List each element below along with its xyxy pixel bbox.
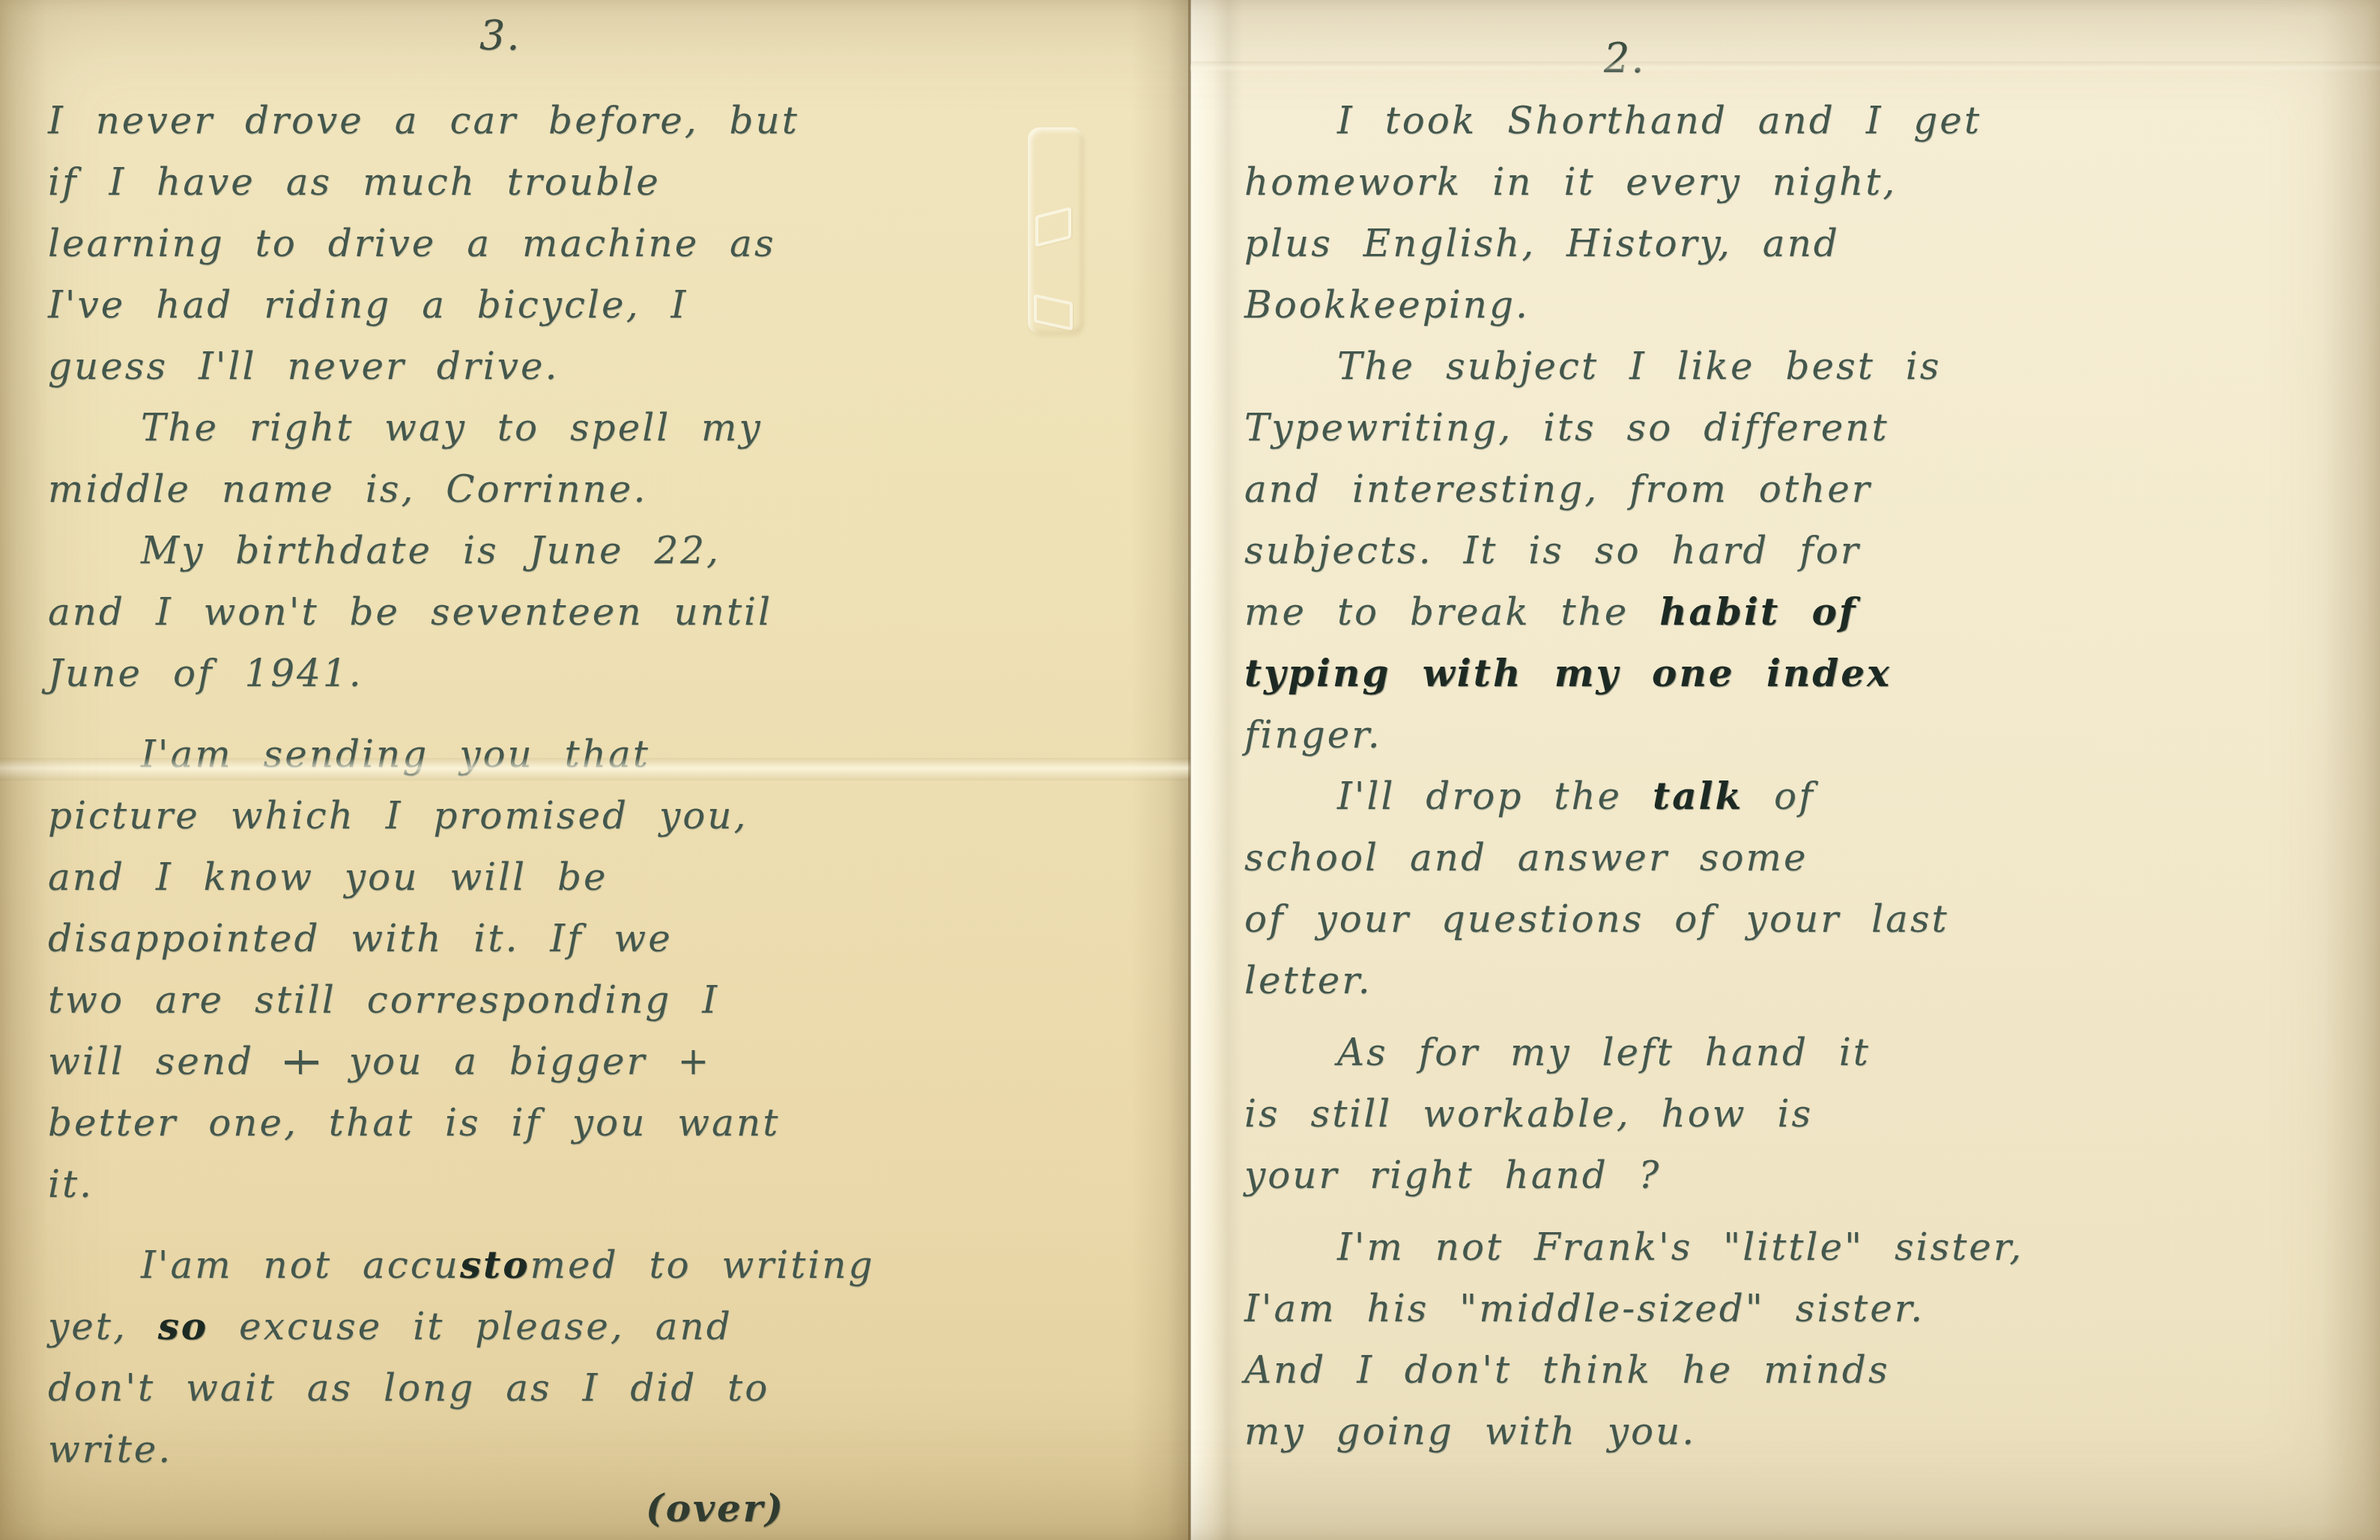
letter-line: school and answer some: [1244, 827, 2358, 888]
letter-text-segment: middle name is, Corrinne.: [48, 467, 647, 511]
letter-line: learning to drive a machine as: [48, 213, 1168, 274]
letter-text-segment: guess I'll never drive.: [48, 345, 559, 388]
letter-line: I took Shorthand and I get: [1244, 90, 2358, 151]
letter-text-segment: write.: [48, 1428, 172, 1471]
letter-text-segment: I'am his "middle-sized" sister.: [1244, 1287, 1925, 1330]
letter-text-segment: and interesting, from other: [1244, 467, 1872, 511]
letter-line: disappointed with it. If we: [48, 908, 1168, 969]
letter-text-segment: June of 1941.: [48, 652, 363, 695]
letter-text-segment: you a bigger +: [318, 1040, 711, 1083]
letter-line: homework in it every night,: [1244, 151, 2358, 213]
letter-line: two are still corresponding I: [48, 969, 1168, 1031]
letter-text-segment: your right hand ?: [1244, 1154, 1661, 1197]
letter-text-segment: of your questions of your last: [1244, 897, 1949, 941]
letter-text-segment: I'am not accu: [141, 1243, 460, 1287]
letter-text-segment: Bookkeeping.: [1244, 283, 1530, 327]
letter-line: My birthdate is June 22,: [48, 520, 1168, 581]
right-page-text: I took Shorthand and I gethomework in it…: [1190, 0, 2380, 1462]
letter-text-segment: My birthdate is June 22,: [141, 529, 721, 572]
letter-line: yet, so excuse it please, and: [48, 1296, 1168, 1357]
letter-line: As for my left hand it: [1244, 1022, 2358, 1083]
letter-text-segment: if I have as much trouble: [48, 160, 661, 204]
horizontal-crease-left: [0, 758, 1190, 780]
letter-text-segment: me to break the: [1244, 590, 1659, 634]
letter-line: The subject I like best is: [1244, 336, 2358, 397]
letter-line: my going with you.: [1244, 1401, 2358, 1462]
letter-text-segment: of: [1743, 774, 1815, 818]
letter-line: Typewriting, its so different: [1244, 397, 2358, 458]
letter-line: letter.: [1244, 950, 2358, 1011]
letter-line: The right way to spell my: [48, 397, 1168, 458]
letter-line: and I know you will be: [48, 846, 1168, 908]
letter-text-segment: homework in it every night,: [1244, 160, 1897, 204]
letter-text-segment: it.: [48, 1162, 94, 1206]
letter-line: it.: [48, 1154, 1168, 1215]
letter-line: I'll drop the talk of: [1244, 766, 2358, 827]
letter-line: plus English, History, and: [1244, 213, 2358, 274]
letter-line: typing with my one index: [1244, 643, 2358, 704]
letter-text-segment: learning to drive a machine as: [48, 222, 776, 265]
letter-text-segment: letter.: [1244, 959, 1372, 1002]
letter-line: finger.: [1244, 704, 2358, 766]
letter-line: subjects. It is so hard for: [1244, 520, 2358, 581]
letter-line: picture which I promised you,: [48, 785, 1168, 846]
letter-line: Bookkeeping.: [1244, 274, 2358, 336]
letter-line: I'am not accustomed to writing: [48, 1234, 1168, 1296]
letter-text-segment: my going with you.: [1244, 1410, 1696, 1453]
letter-line: guess I'll never drive.: [48, 336, 1168, 397]
letter-line: write.: [48, 1419, 1168, 1480]
letter-text-segment: will send: [48, 1040, 285, 1083]
letter-page-right: 2. I took Shorthand and I gethomework in…: [1190, 0, 2380, 1540]
letter-text-segment: finger.: [1244, 713, 1382, 757]
letter-line: will send + you a bigger +: [48, 1031, 1168, 1092]
letter-text-segment: picture which I promised you,: [48, 794, 748, 837]
letter-text-segment: I took Shorthand and I get: [1337, 99, 1981, 142]
letter-text-segment: so: [158, 1304, 209, 1348]
letter-line: better one, that is if you want: [48, 1092, 1168, 1154]
letter-line: of your questions of your last: [1244, 888, 2358, 950]
center-fold-crease: [1188, 0, 1191, 1540]
letter-line: your right hand ?: [1244, 1145, 2358, 1206]
letter-text-segment: Typewriting, its so different: [1244, 406, 1889, 449]
letter-line: is still workable, how is: [1244, 1083, 2358, 1145]
letter-line: middle name is, Corrinne.: [48, 458, 1168, 520]
letter-text-segment: med to writing: [530, 1243, 875, 1287]
letter-text-segment: excuse it please, and: [208, 1305, 732, 1348]
letter-line: I never drove a car before, but: [48, 90, 1168, 151]
letter-line: I'm not Frank's "little" sister,: [1244, 1216, 2358, 1278]
letter-text-segment: is still workable, how is: [1244, 1092, 1813, 1136]
letter-line: if I have as much trouble: [48, 151, 1168, 213]
letter-text-segment: I never drove a car before, but: [48, 99, 799, 142]
letter-text-segment: I'm not Frank's "little" sister,: [1337, 1225, 2023, 1269]
letter-line: I'am his "middle-sized" sister.: [1244, 1278, 2358, 1339]
letter-text-segment: As for my left hand it: [1337, 1031, 1871, 1074]
letter-line: and I won't be seventeen until: [48, 581, 1168, 643]
letter-line: June of 1941.: [48, 643, 1168, 704]
letter-line: me to break the habit of: [1244, 581, 2358, 643]
letter-text-segment: sto: [460, 1243, 530, 1287]
letter-text-segment: typing with my one index: [1244, 651, 1892, 695]
letter-text-segment: don't wait as long as I did to: [48, 1366, 769, 1410]
letter-scan: 3. I never drove a car before, butif I h…: [0, 0, 2380, 1540]
letter-line: and interesting, from other: [1244, 458, 2358, 520]
left-page-text: I never drove a car before, butif I have…: [0, 0, 1190, 1480]
letter-text-segment: habit of: [1659, 589, 1857, 634]
letter-text-segment: And I don't think he minds: [1244, 1348, 1890, 1392]
letter-line: And I don't think he minds: [1244, 1339, 2358, 1401]
letter-text-segment: talk: [1653, 774, 1743, 818]
letter-line: I've had riding a bicycle, I: [48, 274, 1168, 336]
letter-text-segment: The subject I like best is: [1337, 345, 1941, 388]
letter-text-segment: and I know you will be: [48, 855, 608, 899]
letter-text-segment: yet,: [48, 1305, 158, 1348]
letter-text-segment: better one, that is if you want: [48, 1101, 780, 1145]
over-note: (over): [646, 1477, 785, 1540]
letter-page-left: 3. I never drove a car before, butif I h…: [0, 0, 1190, 1540]
letter-text-segment: disappointed with it. If we: [48, 917, 673, 960]
letter-text-segment: and I won't be seventeen until: [48, 590, 772, 634]
letter-text-segment: The right way to spell my: [141, 406, 763, 449]
letter-text-segment: subjects. It is so hard for: [1244, 529, 1861, 572]
letter-text-segment: plus English, History, and: [1244, 222, 1840, 265]
horizontal-crease-right: [1190, 61, 2380, 72]
letter-text-segment: two are still corresponding I: [48, 978, 719, 1022]
letter-text-segment: school and answer some: [1244, 836, 1808, 879]
letter-line: don't wait as long as I did to: [48, 1357, 1168, 1419]
struck-out-mark: +: [285, 1040, 318, 1083]
letter-text-segment: I've had riding a bicycle, I: [48, 283, 688, 327]
letter-text-segment: I'll drop the: [1337, 774, 1653, 818]
